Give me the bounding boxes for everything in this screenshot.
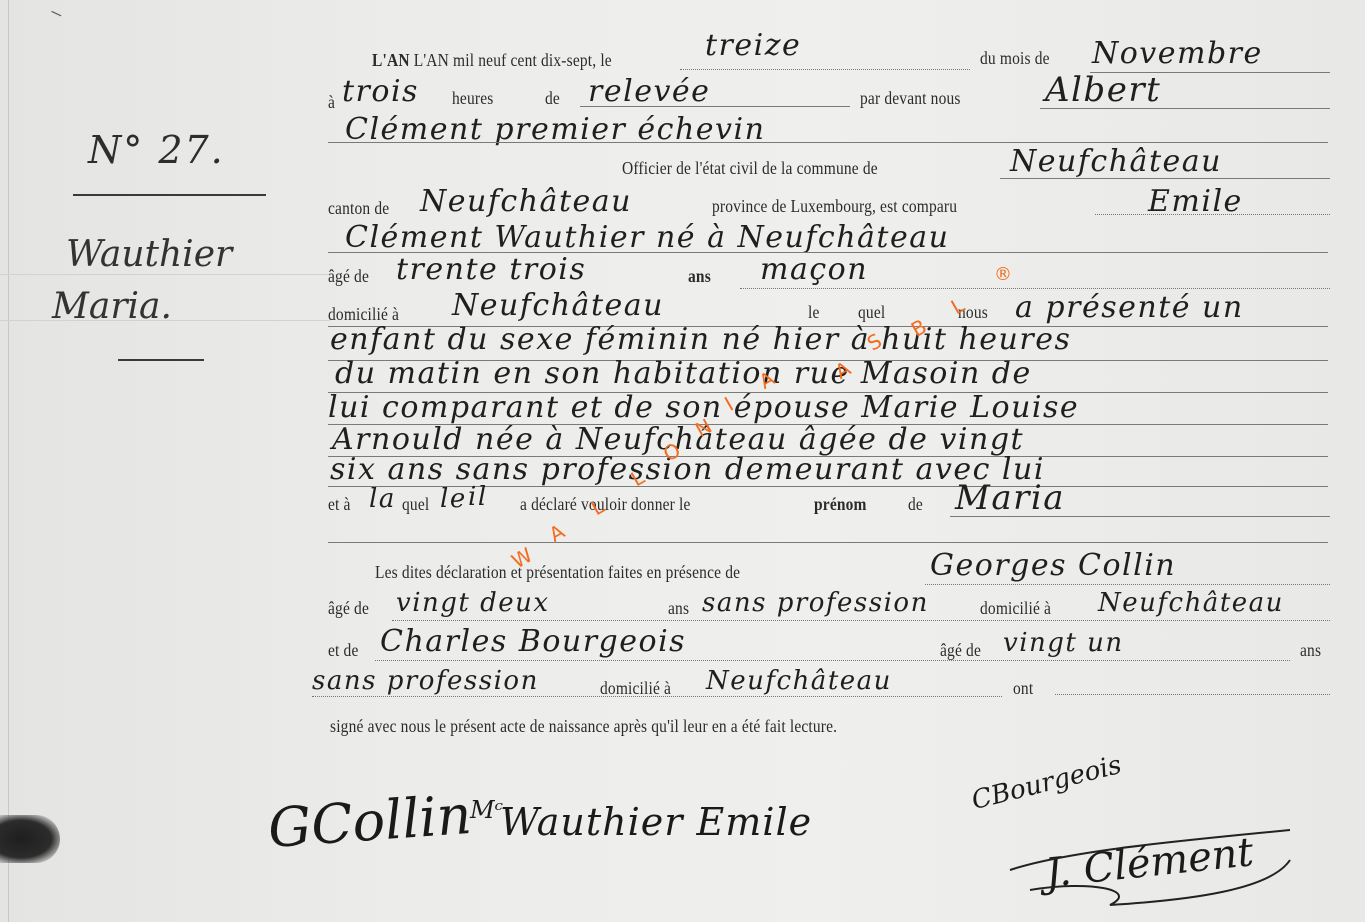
faint-ruling xyxy=(0,320,330,321)
printed-text: ans xyxy=(1300,640,1321,661)
fill-line xyxy=(328,142,1328,143)
fill-line xyxy=(1000,178,1330,179)
record-number: N° 27. xyxy=(88,128,225,172)
hand-witness1-occupation: sans profession xyxy=(702,588,929,618)
hand-witness1-age: vingt deux xyxy=(396,588,550,618)
hand-suffix: le xyxy=(440,484,467,514)
printed-text: quel xyxy=(402,494,429,515)
hand-witness2-occupation: sans profession xyxy=(312,666,539,696)
printed-text: Les dites déclaration et présentation fa… xyxy=(375,562,740,583)
printed-text: L'AN L'AN mil neuf cent dix-sept, le xyxy=(372,50,612,71)
printed-text: par devant nous xyxy=(860,88,961,109)
signature-declarant-prefix: Mᶜ xyxy=(470,796,503,824)
pencil-mark: ⸌ xyxy=(47,1,68,33)
hand-hour: trois xyxy=(342,74,419,109)
printed-text: signé avec nous le présent acte de naiss… xyxy=(330,716,837,737)
printed-text: et de xyxy=(328,640,359,661)
hand-declarant-residence: Neufchâteau xyxy=(452,288,664,323)
printed-text: ans xyxy=(688,266,711,287)
printed-text: Officier de l'état civil de la commune d… xyxy=(622,158,878,179)
hand-witness1: Georges Collin xyxy=(930,548,1176,583)
officer-flourish xyxy=(990,820,1310,920)
fill-line xyxy=(1040,108,1330,109)
birth-certificate-page: ⸌ N° 27. Wauthier Maria. L'AN L'AN mil n… xyxy=(0,0,1365,922)
printed-text: âgé de xyxy=(940,640,981,661)
hand-declarant-occupation: maçon xyxy=(760,252,868,287)
signature-witness2: CBourgeois xyxy=(969,750,1125,816)
margin-surname: Wauthier xyxy=(66,234,232,275)
hand-commune: Neufchâteau xyxy=(1010,144,1222,179)
fill-line xyxy=(375,660,1290,661)
hand-officer-first: Albert xyxy=(1045,70,1161,110)
fill-line xyxy=(1095,214,1330,215)
hand-witness2: Charles Bourgeois xyxy=(380,624,686,659)
printed-text: âgé de xyxy=(328,598,369,619)
printed-text: de xyxy=(908,494,923,515)
hand-child-sex-birth: enfant du sexe féminin né hier à huit he… xyxy=(330,322,1071,357)
hand-article: la xyxy=(369,484,396,514)
printed-text: âgé de xyxy=(328,266,369,287)
fill-line xyxy=(680,69,970,70)
signature-witness1: GCollin xyxy=(266,783,473,860)
signature-declarant: Wauthier Emile xyxy=(500,800,812,844)
printed-text: du mois de xyxy=(980,48,1050,69)
record-number-underline xyxy=(73,194,266,196)
hand-witness2-residence: Neufchâteau xyxy=(706,666,892,696)
faint-ruling xyxy=(0,274,330,275)
fill-line xyxy=(328,542,1328,543)
hand-month: Novembre xyxy=(1092,36,1263,71)
printed-text: et à xyxy=(328,494,351,515)
hand-canton: Neufchâteau xyxy=(420,184,632,219)
fill-line xyxy=(580,106,850,107)
margin-name-underline xyxy=(118,359,204,361)
printed-text: de xyxy=(545,88,560,109)
hand-period: relevée xyxy=(588,74,710,109)
fill-line xyxy=(312,696,1002,697)
printed-text: ont xyxy=(1013,678,1033,699)
hand-child-firstname: Maria xyxy=(955,478,1065,518)
printed-text: canton de xyxy=(328,198,389,219)
printed-text: ans xyxy=(668,598,689,619)
hand-birth-place: du matin en son habitation rue Masoin de xyxy=(335,356,1032,391)
hand-presented: a présenté un xyxy=(1015,290,1244,325)
printed-text: prénom xyxy=(814,494,867,515)
printed-text: province de Luxembourg, est comparu xyxy=(712,196,957,217)
hand-declarant-details: Clément Wauthier né à Neufchâteau xyxy=(345,220,949,255)
watermark-registered-icon: ® xyxy=(994,264,1012,285)
page-margin-line xyxy=(8,0,9,922)
binder-clip-shadow xyxy=(0,815,60,863)
printed-text: à xyxy=(328,92,335,113)
printed-text: heures xyxy=(452,88,493,109)
fill-line xyxy=(925,584,1330,585)
hand-witness2-age: vingt un xyxy=(1003,628,1124,658)
hand-mother-occupation: six ans sans profession demeurant avec l… xyxy=(330,452,1045,487)
fill-line xyxy=(1055,694,1330,695)
hand-day: treize xyxy=(705,28,801,63)
printed-text: quel xyxy=(858,302,885,323)
fill-line xyxy=(950,516,1330,517)
fill-line xyxy=(740,288,1330,289)
printed-text: domicilié à xyxy=(980,598,1051,619)
printed-text: le xyxy=(808,302,820,323)
hand-declarant-age: trente trois xyxy=(396,252,586,287)
fill-line xyxy=(392,620,1330,621)
hand-witness1-residence: Neufchâteau xyxy=(1098,588,1284,618)
hand-pronoun: il xyxy=(468,482,488,512)
